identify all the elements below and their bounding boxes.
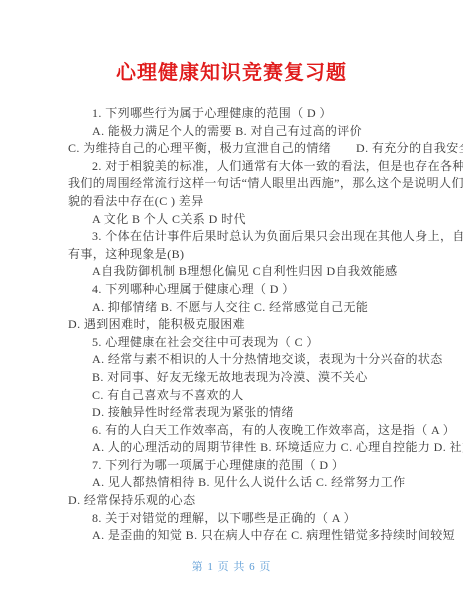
page-title: 心理健康知识竞赛复习题	[0, 56, 463, 85]
text-line: C. 为维持自己的心理平衡，极力宣泄自己的情绪 D. 有充分的自我安全感	[68, 140, 402, 158]
text-line: A自我防御机制 B理想化偏见 C自利性归因 D自我效能感	[68, 263, 402, 281]
text-line: D. 遇到困难时，能积极克服困难	[68, 316, 402, 334]
text-line: 7. 下列行为哪一项属于心理健康的范围（ D ）	[68, 457, 402, 475]
text-line: B. 对同事、好友无缘无故地表现为冷漠、漠不关心	[68, 369, 402, 387]
text-line: 5. 心理健康在社会交往中可表现为（ C ）	[68, 334, 402, 352]
text-line: 我们的周围经常流行这样一句话“情人眼里出西施”，那么这个是说明人们在对相	[68, 175, 402, 193]
text-line: 1. 下列哪些行为属于心理健康的范围（ D ）	[68, 105, 402, 123]
document-page: 心理健康知识竞赛复习题 1. 下列哪些行为属于心理健康的范围（ D ）A. 能极…	[0, 0, 463, 600]
text-line: 6. 有的人白天工作效率高，有的人夜晚工作效率高，这是指（ A ）	[68, 422, 402, 440]
text-line: 有事，这种现象是(B)	[68, 246, 402, 264]
text-line: A. 人的心理活动的周期节律性 B. 环境适应力 C. 心理自控能力 D. 社交…	[68, 439, 402, 457]
text-line: A. 是歪曲的知觉 B. 只在病人中存在 C. 病理性错觉多持续时间较短	[68, 527, 402, 545]
text-line: D. 经常保持乐观的心态	[68, 492, 402, 510]
text-line: 8. 关于对错觉的理解，以下哪些是正确的（ A ）	[68, 510, 402, 528]
text-line: 貌的看法中存在(C ) 差异	[68, 193, 402, 211]
text-line: A. 见人都热情相待 B. 见什么人说什么话 C. 经常努力工作	[68, 474, 402, 492]
text-line: A. 抑郁情绪 B. 不愿与人交往 C. 经常感觉自己无能	[68, 299, 402, 317]
text-line: 4. 下列哪种心理属于健康心理（ D ）	[68, 281, 402, 299]
text-line: C. 有自己喜欢与不喜欢的人	[68, 387, 402, 405]
page-number: 第 1 页 共 6 页	[0, 558, 463, 574]
text-line: A 文化 B 个人 C关系 D 时代	[68, 211, 402, 229]
text-line: D. 接触异性时经常表现为紧张的情绪	[68, 404, 402, 422]
text-line: 2. 对于相貌美的标准，人们通常有大体一致的看法，但是也存在各种差异，而在	[68, 158, 402, 176]
text-line: 3. 个体在估计事件后果时总认为负面后果只会出现在其他人身上，自己则不会	[68, 228, 402, 246]
text-line: A. 能极力满足个人的需要 B. 对自己有过高的评价	[68, 123, 402, 141]
document-body: 1. 下列哪些行为属于心理健康的范围（ D ）A. 能极力满足个人的需要 B. …	[68, 105, 402, 545]
text-line: A. 经常与素不相识的人十分热情地交谈，表现为十分兴奋的状态	[68, 351, 402, 369]
